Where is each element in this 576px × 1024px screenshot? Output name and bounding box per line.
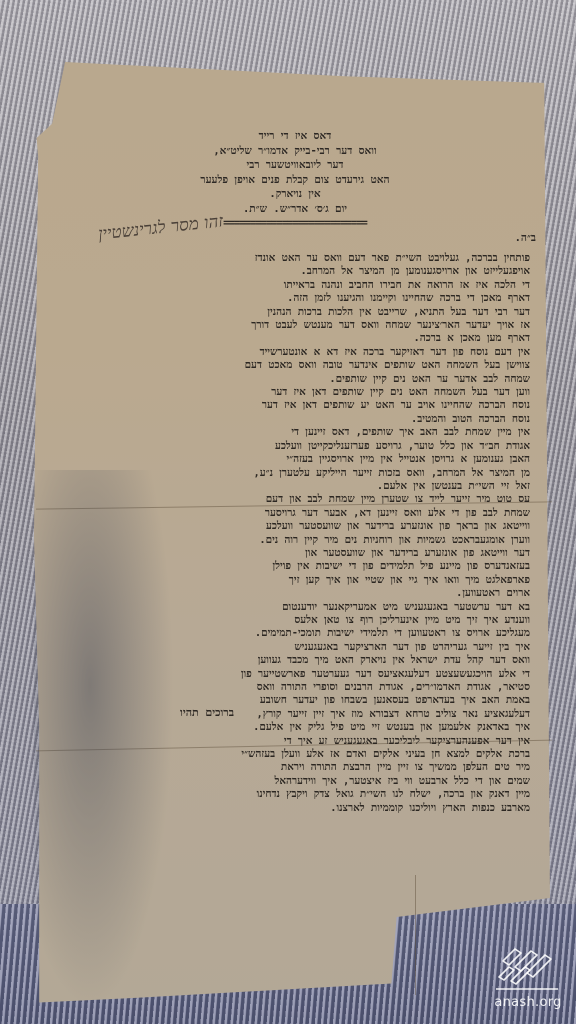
letter-line: דעלעגאציע נאר צוליב טרחא דצבורא מוז איך … [60,708,530,721]
letter-line: אין דעם נוסח פון דער דאזיקער ברכה איז דא… [60,346,530,359]
letter-line: בא דער ערשטער באגעגעניש מיט אמעריקאנער י… [60,601,530,614]
letter-line: אז אויך יעדער האר׳צינער שמחה וואס דער מע… [60,319,530,332]
letter-line: מארבע כנפות הארץ ויוליכנו קוממיות לארצנו… [60,802,530,815]
paper-tear [415,875,416,995]
letter-line: וואס דער קהל עדת ישראל אין נויארק האט מי… [60,654,530,667]
letter-line: אגודת חב״ד און כלל טוער, גרויסע פערזענלי… [60,440,530,453]
letter-line: שמים און די כלל ארבעט ווי ביז איצטער, אי… [60,775,530,788]
letter-line: סטיאר, אגודת האדמו״רים, אגודת הרבנים וסו… [60,681,530,694]
letter-line: שמחת לבב פון די אלע וואס זיינען דא, אבער… [60,507,530,520]
letter-line: ווייטאג און בראך פון אונזערע ברידער און … [60,520,530,533]
letter-line: זאל זיי השי״ת בענטשן אין אלעם. [60,480,530,493]
letter-line: אין דער אפענהערציקער ליבליכער באגעגעניש … [60,735,530,748]
bh-mark: ב״ה. [515,232,536,244]
letter-line: נוסח הברכה הטוב והמטיב. [60,413,530,426]
header-line: דאס איז די רייד [150,129,440,144]
letter-line: דער רבי דער בעל התניא, שרייבט אין הלכות … [60,306,530,319]
letter-line: דער ווייטאג פון אונזערע ברידער און שוועס… [60,547,530,560]
letter-line: ווערן אומגעבראכט גשמיות און רוחניות נים … [60,534,530,547]
letter-line: אין מיין שמחת לבב האב איך שותפים, דאס זי… [60,426,530,439]
letter-line: פארפאלגט מיך וואו איך גיי און שטיי און א… [60,574,530,587]
letter-line: האבן גענומען א גרויסן אנטייל אין מיין אר… [60,453,530,466]
letter-line: מעגליכע ארויס צו ראטעווען די תלמידי ישיב… [60,627,530,640]
watermark-text: anash.org [488,995,568,1010]
letter-line: די אלע הויכגעשעצטע דעלעגאציעס דער געערטע… [60,668,530,681]
letter-body: פותחין בברכה, געלויבט השי״ת פאר דעם וואס… [60,252,530,815]
letter-line: מיר טים העלפן ממשיך צו זיין מיין הרבצת ה… [60,761,530,774]
letter-line: צווישן בעל השמחה האט שותפים אינדער טובה … [60,359,530,372]
header-line: דער ליובאוויטשער רבי [150,158,440,173]
letter-line: דארף מען מאכן א ברכה. [60,332,530,345]
watermark: anash.org [488,941,568,1010]
letter-line: עס טוט מיר זייער לייד צו שטערן מיין שמחת… [60,493,530,506]
header-line: אין נויארק. [150,187,440,202]
letter-line: איך בין זייער געריהרט פון דער הארציקער ב… [60,641,530,654]
letter-line: די הלכה איז אז הרואה את חבירו החביב ונהנ… [60,279,530,292]
letter-line: ווען דער בעל השמחה האט נים קיין שותפים ד… [60,386,530,399]
letter-line: אויפגעלייזט און ארויסגענומען מן המיצר אל… [60,265,530,278]
letter-line: ווענדע איך זיך מיט מיין אינערליכן רוף צו… [60,614,530,627]
letter-line: ארוים ראטעווען. [60,587,530,600]
letter-line: פותחין בברכה, געלויבט השי״ת פאר דעם וואס… [60,252,530,265]
letter-line: מן המיצר אל המרחב, וואס בזכות זייער הייל… [60,467,530,480]
letter-closing: ברוכים תהיו [180,706,234,719]
letter-line: נוסח הברכה שהחיינו אויב ער האט יע שותפים… [60,399,530,412]
letter-line: בעזאנדערס פון מיינע פיל תלמידים פון די י… [60,560,530,573]
letter-line: שמחה לבב אדער ער האט נים קיין שותפים. [60,373,530,386]
letter-line: באמת האב איך בעדארפט בעסאנען בשבחו פון י… [60,694,530,707]
header-line: האט גירעדט צום קבלת פנים אויפן פלעער [150,173,440,188]
letter-line: ברכת אלקים למצא חן בעיני אלקים ואדם אז א… [60,748,530,761]
letter-line: איך באדאנק אלעמען און בענטש זיי מיט פיל … [60,721,530,734]
header-line: וואס דער רבי-בייק אדמו״ר שליט״א, [150,144,440,159]
letter-line: מיין דאנק און ברכה, ישלח לנו השי״ת גואל … [60,788,530,801]
letter-line: דארף מאכן די ברכה שהחיינו וקיימנו והגיענ… [60,292,530,305]
anash-logo-icon [493,941,563,993]
